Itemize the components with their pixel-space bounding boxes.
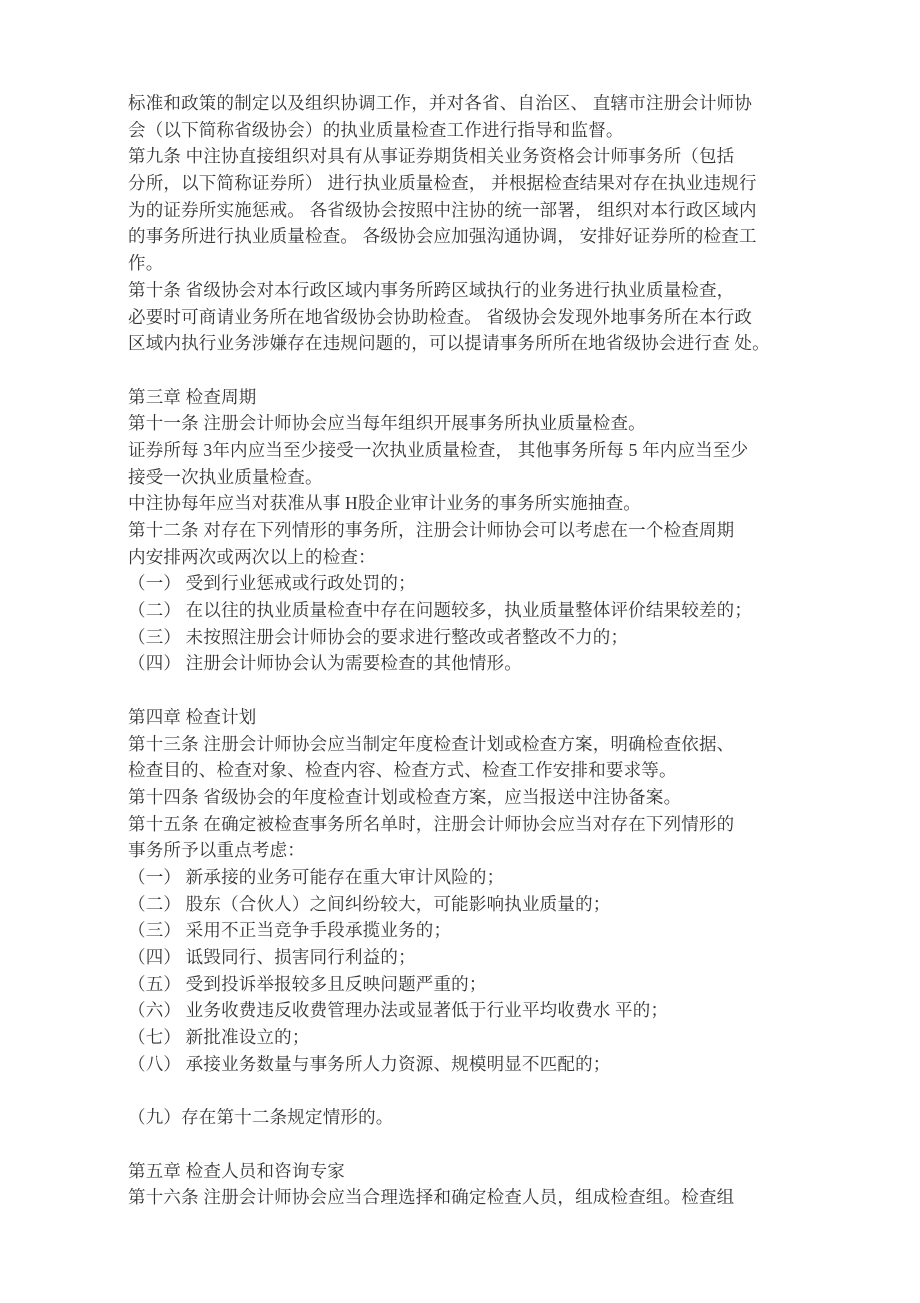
- document-line: 事务所予以重点考虑：: [128, 837, 828, 864]
- document-line: 第十三条 注册会计师协会应当制定年度检查计划或检查方案，明确检查依据、: [128, 731, 828, 758]
- list-item: （六） 业务收费违反收费管理办法或显著低于行业平均收费水 平的；: [128, 997, 828, 1024]
- list-item: （二） 在以往的执业质量检查中存在问题较多，执业质量整体评价结果较差的；: [128, 597, 828, 624]
- document-line: 第十一条 注册会计师协会应当每年组织开展事务所执业质量检查。: [128, 410, 828, 437]
- document-line: 第十六条 注册会计师协会应当合理选择和确定检查人员，组成检查组。检查组: [128, 1184, 828, 1211]
- document-line: 标准和政策的制定以及组织协调工作，并对各省、自治区、 直辖市注册会计师协: [128, 90, 828, 117]
- document-line: 内安排两次或两次以上的检查：: [128, 544, 828, 571]
- document-line: 第十五条 在确定被检查事务所名单时，注册会计师协会应当对存在下列情形的: [128, 811, 828, 838]
- list-item: （五） 受到投诉举报较多且反映问题严重的；: [128, 971, 828, 998]
- chapter-heading: 第三章 检查周期: [128, 384, 828, 411]
- document-line: 区域内执行业务涉嫌存在违规问题的，可以提请事务所所在地省级协会进行查 处。: [128, 330, 828, 357]
- blank-line: [128, 1131, 828, 1158]
- document-line: 作。: [128, 250, 828, 277]
- list-item: （七） 新批准设立的；: [128, 1024, 828, 1051]
- document-line: 必要时可商请业务所在地省级协会协助检查。 省级协会发现外地事务所在本行政: [128, 304, 828, 331]
- chapter-heading: 第五章 检查人员和咨询专家: [128, 1158, 828, 1185]
- document-line: 中注协每年应当对获准从事 H股企业审计业务的事务所实施抽查。: [128, 490, 828, 517]
- document-line: 接受一次执业质量检查。: [128, 464, 828, 491]
- document-line: 证券所每 3年内应当至少接受一次执业质量检查， 其他事务所每 5 年内应当至少: [128, 437, 828, 464]
- document-text-block: 标准和政策的制定以及组织协调工作，并对各省、自治区、 直辖市注册会计师协会（以下…: [128, 90, 828, 1211]
- chapter-heading: 第四章 检查计划: [128, 704, 828, 731]
- document-page: 标准和政策的制定以及组织协调工作，并对各省、自治区、 直辖市注册会计师协会（以下…: [0, 0, 920, 1303]
- list-item: （九）存在第十二条规定情形的。: [128, 1104, 828, 1131]
- list-item: （四） 注册会计师协会认为需要检查的其他情形。: [128, 650, 828, 677]
- list-item: （一） 新承接的业务可能存在重大审计风险的；: [128, 864, 828, 891]
- list-item: （一） 受到行业惩戒或行政处罚的；: [128, 570, 828, 597]
- blank-line: [128, 1077, 828, 1104]
- document-line: 第九条 中注协直接组织对具有从事证券期货相关业务资格会计师事务所（包括: [128, 143, 828, 170]
- document-line: 第十条 省级协会对本行政区域内事务所跨区域执行的业务进行执业质量检查，: [128, 277, 828, 304]
- document-line: 第十二条 对存在下列情形的事务所，注册会计师协会可以考虑在一个检查周期: [128, 517, 828, 544]
- list-item: （三） 未按照注册会计师协会的要求进行整改或者整改不力的；: [128, 624, 828, 651]
- document-line: 第十四条 省级协会的年度检查计划或检查方案，应当报送中注协备案。: [128, 784, 828, 811]
- document-line: 为的证券所实施惩戒。 各省级协会按照中注协的统一部署， 组织对本行政区域内: [128, 197, 828, 224]
- document-line: 分所，以下简称证券所） 进行执业质量检查， 并根据检查结果对存在执业违规行: [128, 170, 828, 197]
- blank-line: [128, 357, 828, 384]
- document-line: 会（以下简称省级协会）的执业质量检查工作进行指导和监督。: [128, 117, 828, 144]
- blank-line: [128, 677, 828, 704]
- list-item: （八） 承接业务数量与事务所人力资源、规模明显不匹配的；: [128, 1051, 828, 1078]
- document-line: 的事务所进行执业质量检查。 各级协会应加强沟通协调， 安排好证券所的检查工: [128, 223, 828, 250]
- list-item: （三） 采用不正当竞争手段承揽业务的；: [128, 917, 828, 944]
- list-item: （二） 股东（合伙人）之间纠纷较大，可能影响执业质量的；: [128, 891, 828, 918]
- list-item: （四） 诋毁同行、损害同行利益的；: [128, 944, 828, 971]
- document-line: 检查目的、检查对象、检查内容、检查方式、检查工作安排和要求等。: [128, 757, 828, 784]
